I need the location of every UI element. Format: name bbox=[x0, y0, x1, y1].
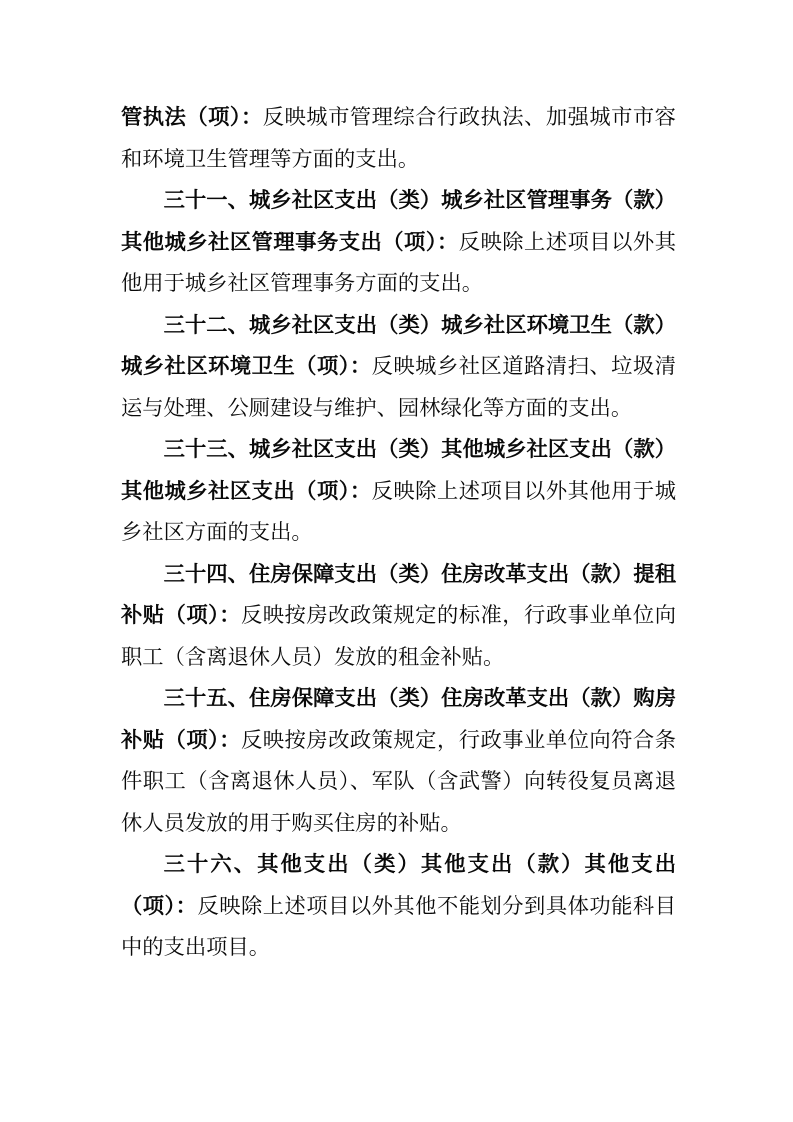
paragraph-item-31: 三十一、城乡社区支出（类）城乡社区管理事务（款）其他城乡社区管理事务支出（项）：… bbox=[121, 180, 676, 305]
paragraph-item-32: 三十二、城乡社区支出（类）城乡社区环境卫生（款）城乡社区环境卫生（项）：反映城乡… bbox=[121, 305, 676, 430]
paragraph-item-33: 三十三、城乡社区支出（类）其他城乡社区支出（款）其他城乡社区支出（项）：反映除上… bbox=[121, 429, 676, 554]
paragraph-continuation: 管执法（项）：反映城市管理综合行政执法、加强城市市容和环境卫生管理等方面的支出。 bbox=[121, 97, 676, 180]
paragraph-body: 反映除上述项目以外其他不能划分到具体功能科目中的支出项目。 bbox=[121, 894, 676, 960]
paragraph-item-34: 三十四、住房保障支出（类）住房改革支出（款）提租补贴（项）：反映按房改政策规定的… bbox=[121, 554, 676, 679]
paragraph-item-36: 三十六、其他支出（类）其他支出（款）其他支出（项）：反映除上述项目以外其他不能划… bbox=[121, 844, 676, 969]
paragraph-item-35: 三十五、住房保障支出（类）住房改革支出（款）购房补贴（项）：反映按房改政策规定，… bbox=[121, 678, 676, 844]
paragraph-lead: 管执法（项）： bbox=[121, 105, 263, 129]
document-text-block: 管执法（项）：反映城市管理综合行政执法、加强城市市容和环境卫生管理等方面的支出。… bbox=[121, 97, 676, 969]
document-page: 管执法（项）：反映城市管理综合行政执法、加强城市市容和环境卫生管理等方面的支出。… bbox=[0, 0, 793, 1122]
